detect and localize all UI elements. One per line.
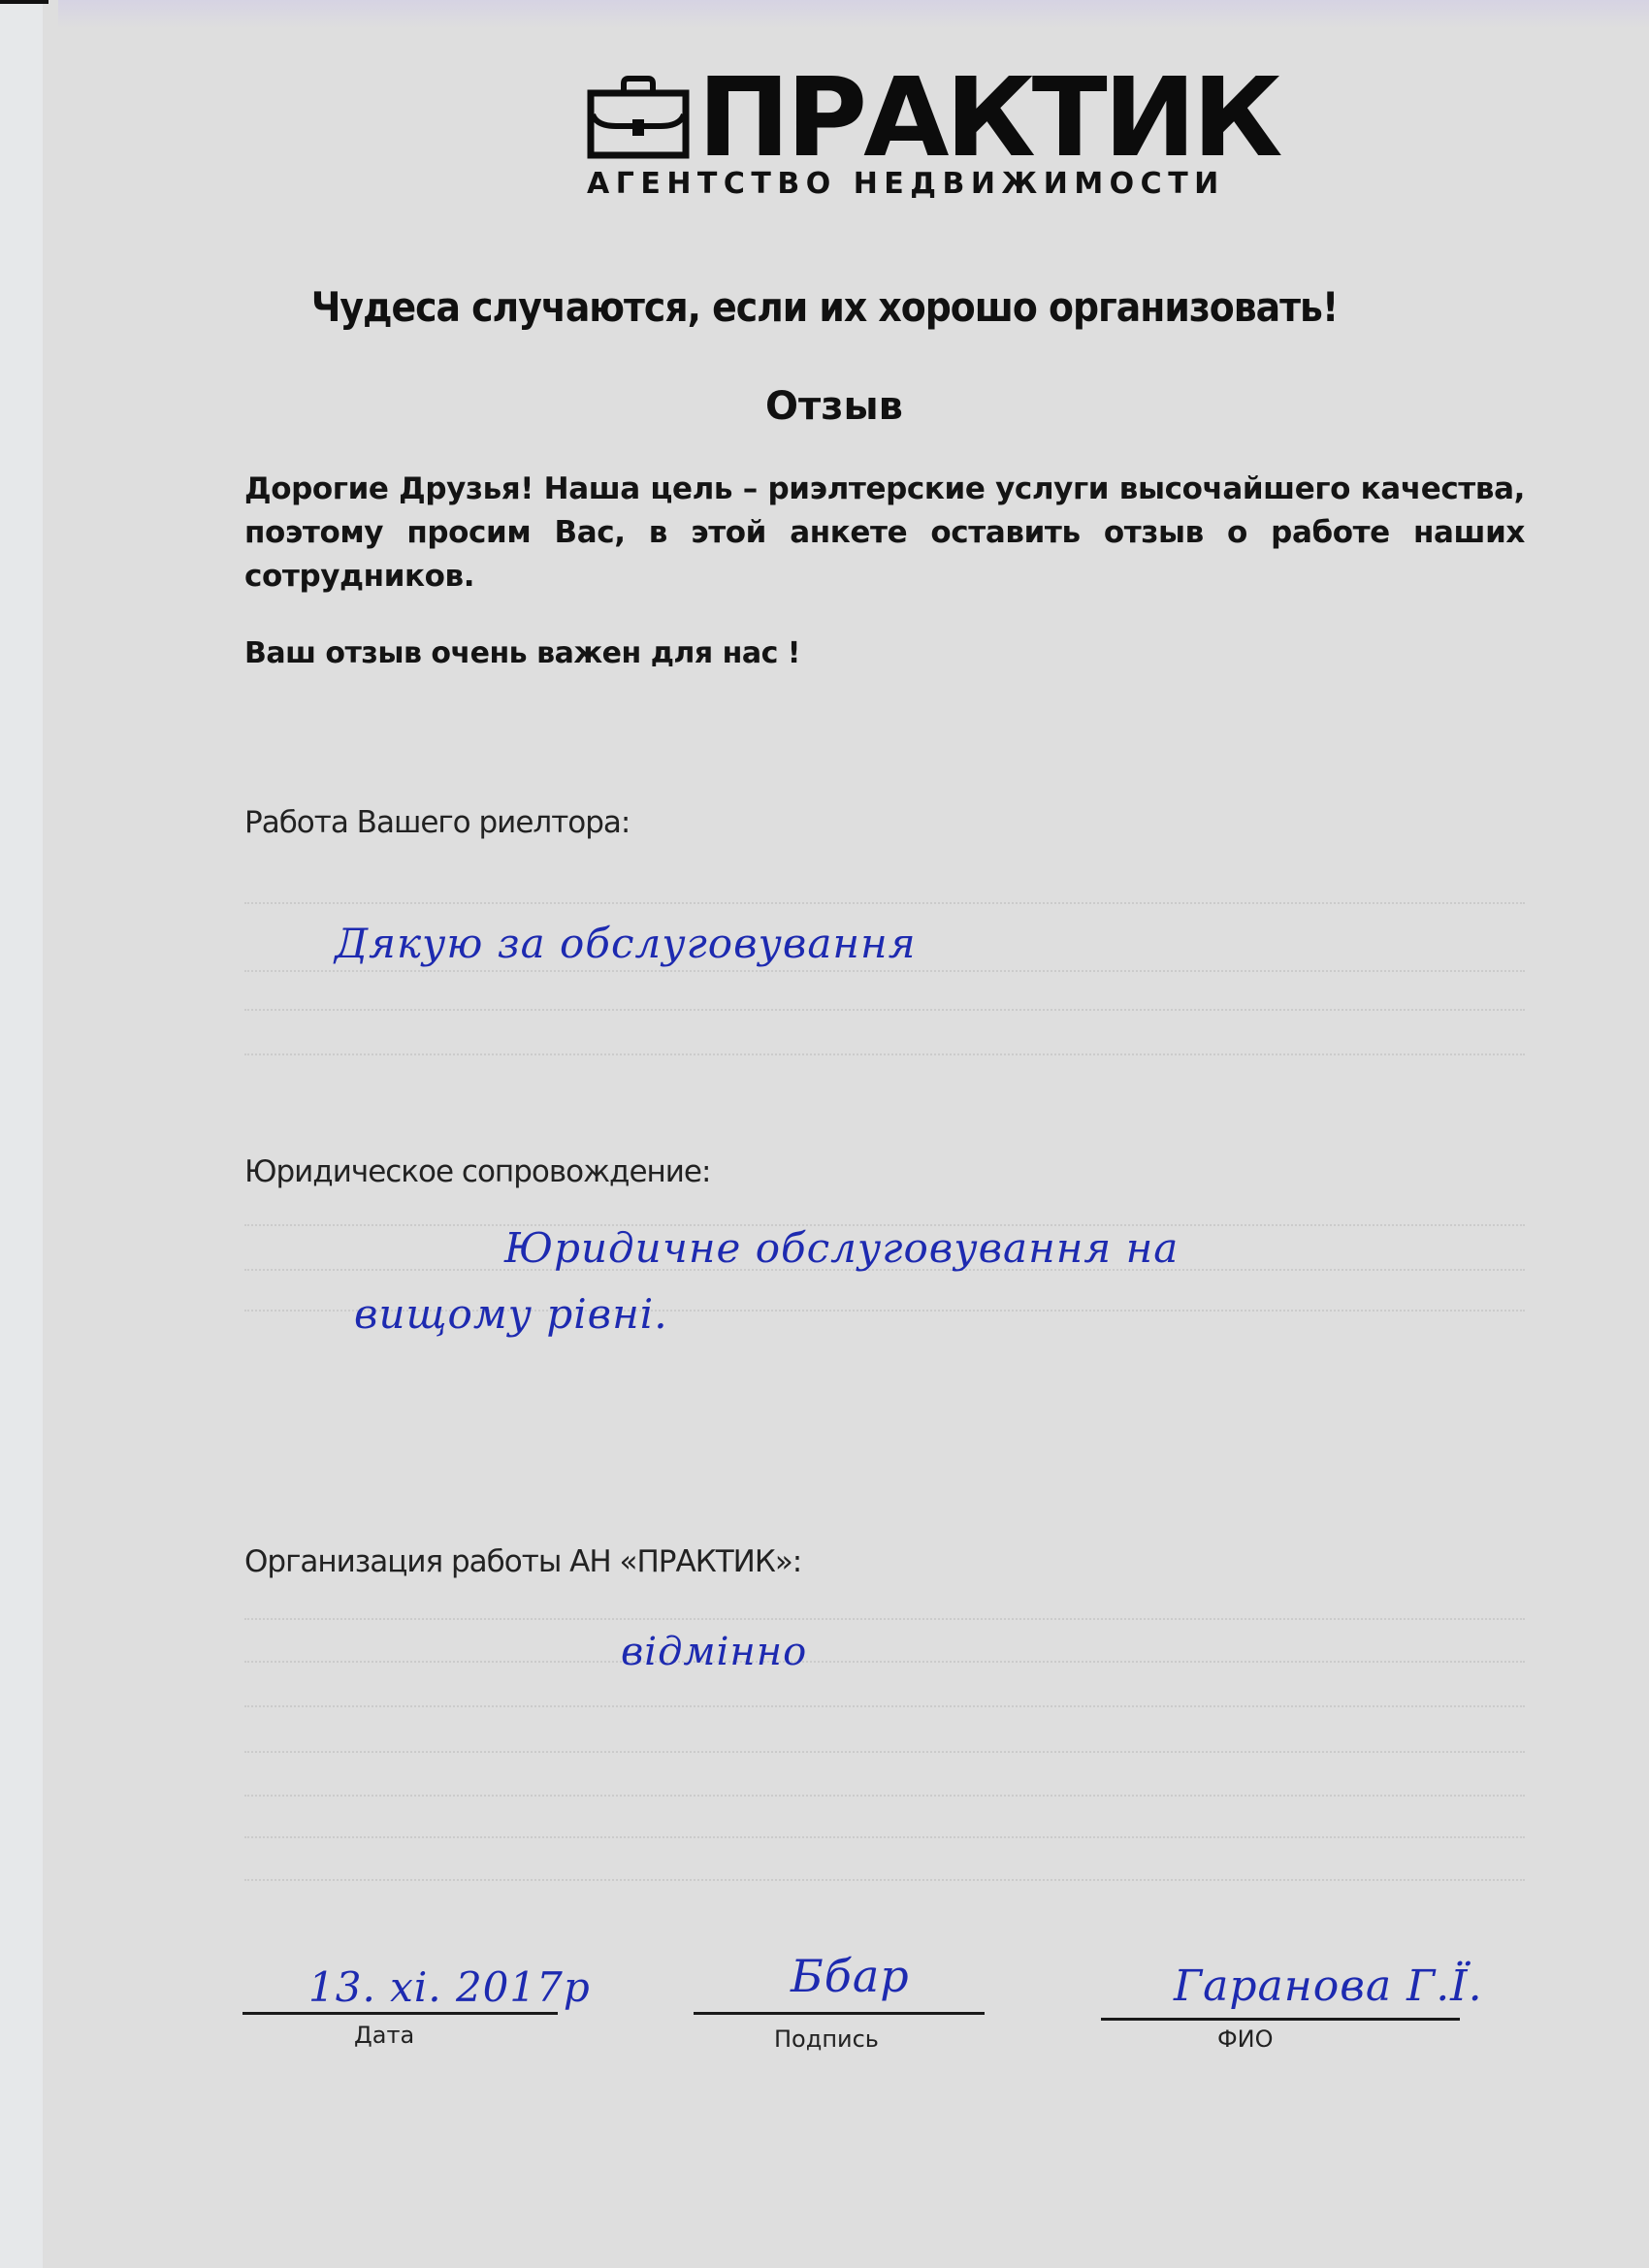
name-caption: ФИО <box>1217 2025 1274 2053</box>
name-line <box>1101 2018 1460 2021</box>
briefcase-icon <box>587 76 690 159</box>
scan-edge-mark <box>0 0 48 4</box>
field-label-legal: Юридическое сопровождение: <box>244 1154 710 1189</box>
answer-line <box>244 1751 1525 1753</box>
page-title: Отзыв <box>0 384 1649 429</box>
handwritten-date: 13. xi. 2017р <box>308 1963 591 2011</box>
answer-line <box>244 1661 1525 1663</box>
brand-subtitle: АГЕНТСТВО НЕДВИЖИМОСТИ <box>587 167 1188 201</box>
scan-edge-left <box>0 0 43 2268</box>
handwritten-answer-legal-line1: Юридичне обслуговування на <box>504 1224 1179 1272</box>
date-caption: Дата <box>354 2022 414 2049</box>
important-note: Ваш отзыв очень важен для нас ! <box>244 636 800 670</box>
answer-line <box>244 1009 1525 1011</box>
company-logo: ПРАКТИК АГЕНТСТВО НЕДВИЖИМОСТИ <box>587 64 1208 210</box>
date-line <box>242 2012 558 2015</box>
handwritten-answer-realtor: Дякую за обслуговування <box>335 920 917 967</box>
answer-line <box>244 902 1525 904</box>
scanned-feedback-form: ПРАКТИК АГЕНТСТВО НЕДВИЖИМОСТИ Чудеса сл… <box>0 0 1649 2268</box>
answer-line <box>244 1795 1525 1797</box>
intro-paragraph: Дорогие Друзья! Наша цель – риэлтерские … <box>244 468 1525 599</box>
answer-line <box>244 1836 1525 1838</box>
handwritten-signature: Ббар <box>791 1950 910 2002</box>
handwritten-answer-legal-line2: вищому рівні. <box>354 1290 668 1338</box>
signature-line <box>694 2012 985 2015</box>
answer-line <box>244 1879 1525 1881</box>
field-label-realtor: Работа Вашего риелтора: <box>244 805 630 840</box>
handwritten-answer-organization: відмінно <box>621 1630 807 1674</box>
brand-name: ПРАКТИК <box>697 64 1278 173</box>
slogan: Чудеса случаются, если их хорошо организ… <box>0 283 1649 331</box>
answer-line <box>244 1053 1525 1055</box>
signature-caption: Подпись <box>774 2025 879 2053</box>
handwritten-full-name: Гаранова Г.Ї. <box>1174 1961 1483 2011</box>
scan-edge-top <box>58 0 1649 29</box>
field-label-organization: Организация работы АН «ПРАКТИК»: <box>244 1544 801 1579</box>
answer-line <box>244 970 1525 972</box>
answer-line <box>244 1618 1525 1620</box>
answer-line <box>244 1705 1525 1707</box>
